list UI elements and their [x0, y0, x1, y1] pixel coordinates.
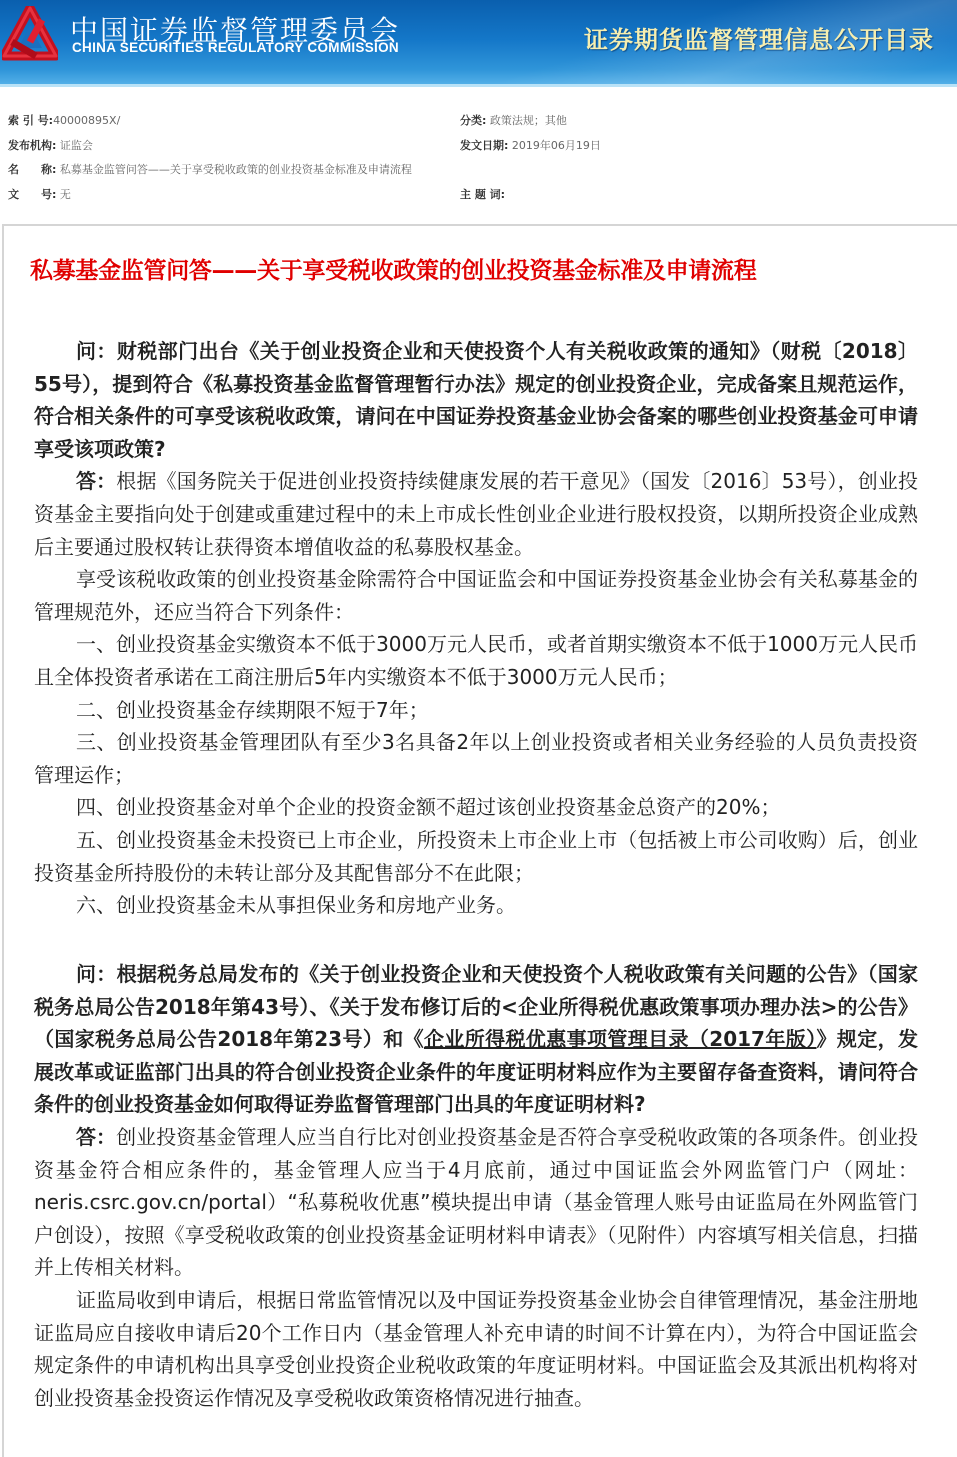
meta-label: 索 引 号: [8, 114, 53, 127]
question-1: 问：财税部门出台《关于创业投资企业和天使投资个人有关税收政策的通知》（财税〔20… [34, 335, 918, 465]
condition-item: 五、创业投资基金未投资已上市企业，所投资未上市企业上市（包括被上市公司收购）后，… [34, 824, 918, 889]
condition-item: 三、创业投资基金管理团队有至少3名具备2年以上创业投资或者相关业务经验的人员负责… [34, 726, 918, 791]
answer-1: 答：根据《国务院关于促进创业投资持续健康发展的若干意见》（国发〔2016〕53号… [34, 465, 918, 563]
answer-2-paragraph-2: 证监局收到申请后，根据日常监管情况以及中国证券投资基金业协会自律管理情况，基金注… [34, 1284, 918, 1414]
meta-label: 名 称: [8, 163, 56, 176]
meta-value: 私募基金监管问答——关于享受税收政策的创业投资基金标准及申请流程 [60, 163, 412, 176]
meta-label: 发文日期: [460, 139, 508, 152]
meta-value: 证监会 [60, 139, 93, 152]
condition-item: 一、创业投资基金实缴资本不低于3000万元人民币，或者首期实缴资本不低于1000… [34, 628, 918, 693]
meta-label: 分类: [460, 114, 486, 127]
org-name-en: CHINA SECURITIES REGULATORY COMMISSION [72, 40, 399, 55]
answer-1-paragraph-2: 享受该税收政策的创业投资基金除需符合中国证监会和中国证券投资基金业协会有关私募基… [34, 563, 918, 628]
meta-publisher: 发布机构: 证监会 [8, 137, 93, 153]
document-title: 私募基金监管问答——关于享受税收政策的创业投资基金标准及申请流程 [30, 252, 756, 285]
question-label: 问： [76, 962, 117, 986]
meta-category: 分类: 政策法规；其他 [460, 112, 567, 128]
document-metadata: 索 引 号:40000895X/ 分类: 政策法规；其他 发布机构: 证监会 发… [0, 100, 957, 210]
answer-label: 答： [76, 1125, 116, 1149]
condition-item: 六、创业投资基金未从事担保业务和房地产业务。 [34, 889, 918, 922]
question-2: 问：根据税务总局发布的《关于创业投资企业和天使投资个人税收政策有关问题的公告》（… [34, 958, 918, 1121]
question-label: 问： [76, 339, 117, 363]
meta-value: 2019年06月19日 [512, 139, 601, 152]
meta-index-no: 索 引 号:40000895X/ [8, 112, 120, 128]
meta-value: 40000895X/ [53, 114, 120, 127]
meta-publish-date: 发文日期: 2019年06月19日 [460, 137, 601, 153]
meta-label: 主 题 词: [460, 188, 505, 201]
meta-label: 文 号: [8, 188, 56, 201]
answer-label: 答： [76, 469, 116, 493]
meta-label: 发布机构: [8, 139, 56, 152]
question-text: 财税部门出台《关于创业投资企业和天使投资个人有关税收政策的通知》（财税〔2018… [34, 339, 918, 461]
meta-name: 名 称: 私募基金监管问答——关于享受税收政策的创业投资基金标准及申请流程 [8, 161, 412, 177]
meta-value: 无 [60, 188, 71, 201]
csrc-logo-icon[interactable] [2, 6, 58, 62]
qa-section-2: 问：根据税务总局发布的《关于创业投资企业和天使投资个人税收政策有关问题的公告》（… [34, 958, 918, 1414]
condition-item: 二、创业投资基金存续期限不短于7年； [34, 694, 918, 727]
condition-item: 四、创业投资基金对单个企业的投资金额不超过该创业投资基金总资产的20%； [34, 791, 918, 824]
answer-text: 根据《国务院关于促进创业投资持续健康发展的若干意见》（国发〔2016〕53号），… [34, 469, 918, 558]
qa-section-1: 问：财税部门出台《关于创业投资企业和天使投资个人有关税收政策的通知》（财税〔20… [34, 335, 918, 922]
catalog-title: 证券期货监督管理信息公开目录 [584, 20, 934, 55]
meta-doc-no: 文 号: 无 [8, 186, 71, 202]
answer-2: 答：创业投资基金管理人应当自行比对创业投资基金是否符合享受税收政策的各项条件。创… [34, 1121, 918, 1284]
site-header-banner: 中国证券监督管理委员会 CHINA SECURITIES REGULATORY … [0, 0, 957, 87]
meta-value: 政策法规；其他 [490, 114, 567, 127]
catalog-link[interactable]: 企业所得税优惠事项管理目录（2017年版） [424, 1027, 817, 1051]
answer-text: 创业投资基金管理人应当自行比对创业投资基金是否符合享受税收政策的各项条件。创业投… [34, 1125, 918, 1279]
meta-keywords: 主 题 词: [460, 186, 505, 202]
